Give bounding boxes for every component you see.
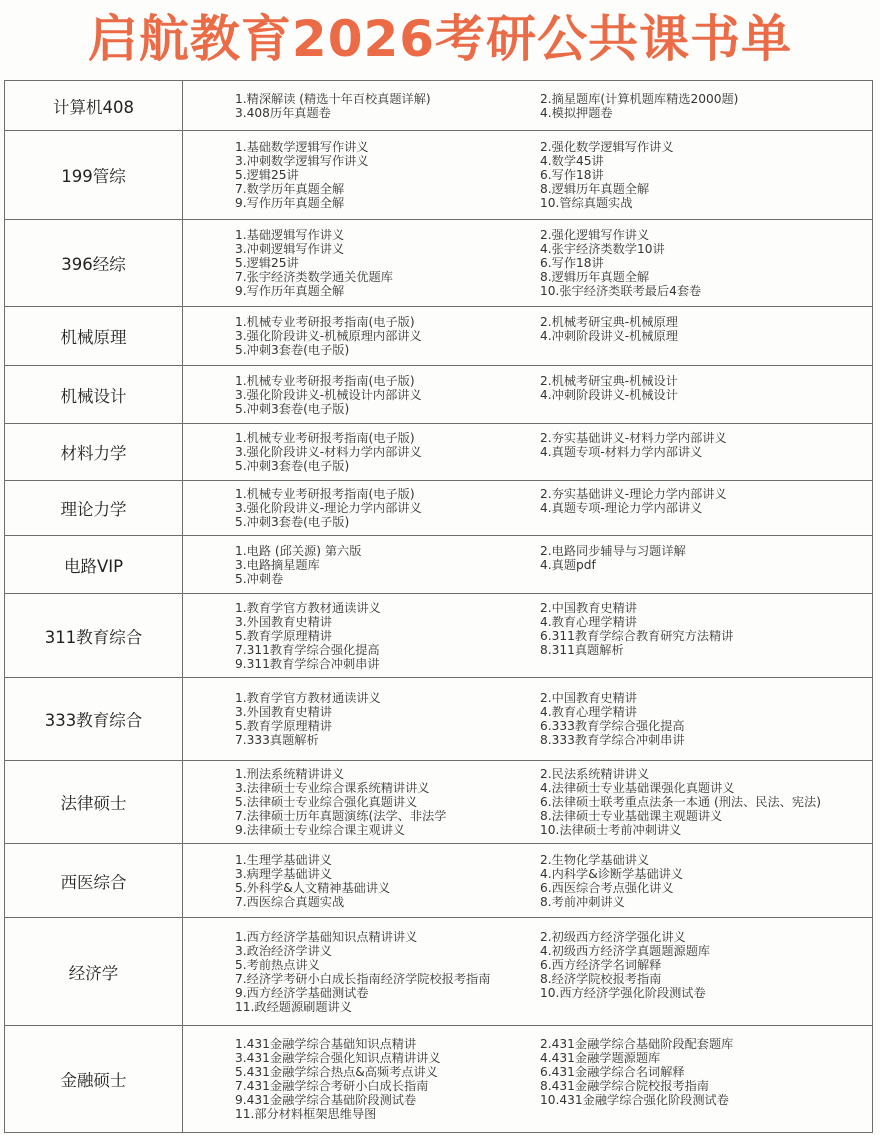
book-list-table: 计算机4081.精深解读 (精选十年百校真题详解)2.摘星题库(计算机题库精选2… [4, 80, 873, 1133]
book-item: 2.中国教育史精讲 [540, 601, 860, 615]
book-item: 9.西方经济学基础测试卷 [235, 986, 540, 1000]
book-item: 1.电路 (邱关源) 第六版 [235, 544, 540, 558]
book-item: 1.精深解读 (精选十年百校真题详解) [235, 92, 540, 106]
subject-cell: 金融硕士 [5, 1026, 183, 1133]
book-item: 1.基础数学逻辑写作讲义 [235, 140, 540, 154]
book-item: 4.冲刺阶段讲义-机械设计 [540, 388, 860, 402]
book-item: 4.教育心理学精讲 [540, 705, 860, 719]
book-item: 4.431金融学题源题库 [540, 1051, 860, 1065]
book-item: 4.初级西方经济学真题题源题库 [540, 944, 860, 958]
book-item: 6.法律硕士联考重点法条一本通 (刑法、民法、宪法) [540, 795, 860, 809]
book-item: 8.逻辑历年真题全解 [540, 270, 860, 284]
book-item: 5.教育学原理精讲 [235, 719, 540, 733]
table-row: 机械设计1.机械专业考研报考指南(电子版)2.机械考研宝典-机械设计3.强化阶段… [5, 366, 873, 424]
book-list: 1.机械专业考研报考指南(电子版)2.夯实基础讲义-材料力学内部讲义3.强化阶段… [183, 431, 872, 473]
book-item: 8.考前冲刺讲义 [540, 895, 860, 909]
books-cell: 1.刑法系统精讲讲义2.民法系统精讲讲义3.法律硕士专业综合课系统精讲讲义4.法… [183, 761, 873, 844]
book-item: 5.冲刺3套卷(电子版) [235, 402, 540, 416]
table-row: 199管综1.基础数学逻辑写作讲义2.强化数学逻辑写作讲义3.冲刺数学逻辑写作讲… [5, 131, 873, 220]
book-item: 5.冲刺3套卷(电子版) [235, 343, 540, 357]
books-cell: 1.生理学基础讲义2.生物化学基础讲义3.病理学基础讲义4.内科学&诊断学基础讲… [183, 844, 873, 918]
book-item: 5.431金融学综合热点&高频考点讲义 [235, 1065, 540, 1079]
book-item: 4.真题专项-理论力学内部讲义 [540, 501, 860, 515]
subject-cell: 计算机408 [5, 81, 183, 131]
book-item: 8.逻辑历年真题全解 [540, 182, 860, 196]
book-item: 6.写作18讲 [540, 168, 860, 182]
table-row: 经济学1.西方经济学基础知识点精讲讲义2.初级西方经济学强化讲义3.政治经济学讲… [5, 918, 873, 1026]
book-list: 1.生理学基础讲义2.生物化学基础讲义3.病理学基础讲义4.内科学&诊断学基础讲… [183, 853, 872, 909]
book-item: 3.强化阶段讲义-理论力学内部讲义 [235, 501, 540, 515]
subject-cell: 199管综 [5, 131, 183, 220]
book-item: 8.经济学院校报考指南 [540, 972, 860, 986]
book-item: 3.冲刺逻辑写作讲义 [235, 242, 540, 256]
book-item: 3.强化阶段讲义-机械设计内部讲义 [235, 388, 540, 402]
book-item: 1.基础逻辑写作讲义 [235, 228, 540, 242]
table-row: 396经综1.基础逻辑写作讲义2.强化逻辑写作讲义3.冲刺逻辑写作讲义4.张宇经… [5, 220, 873, 307]
book-item: 1.机械专业考研报考指南(电子版) [235, 431, 540, 445]
table-row: 计算机4081.精深解读 (精选十年百校真题详解)2.摘星题库(计算机题库精选2… [5, 81, 873, 131]
book-item: 2.电路同步辅导与习题详解 [540, 544, 860, 558]
book-item: 1.西方经济学基础知识点精讲讲义 [235, 930, 540, 944]
book-list: 1.机械专业考研报考指南(电子版)2.机械考研宝典-机械原理3.强化阶段讲义-机… [183, 315, 872, 357]
book-item: 7.西医综合真题实战 [235, 895, 540, 909]
book-item: 10.张宇经济类联考最后4套卷 [540, 284, 860, 298]
book-item: 1.机械专业考研报考指南(电子版) [235, 315, 540, 329]
book-item: 2.夯实基础讲义-理论力学内部讲义 [540, 487, 860, 501]
book-item: 11.部分材料框架思维导图 [235, 1107, 540, 1121]
subject-cell: 经济学 [5, 918, 183, 1026]
book-item: 3.外国教育史精讲 [235, 615, 540, 629]
book-list: 1.基础逻辑写作讲义2.强化逻辑写作讲义3.冲刺逻辑写作讲义4.张宇经济类数学1… [183, 228, 872, 298]
book-item: 8.311真题解析 [540, 643, 860, 657]
book-item: 1.机械专业考研报考指南(电子版) [235, 374, 540, 388]
book-list: 1.教育学官方教材通读讲义2.中国教育史精讲3.外国教育史精讲4.教育心理学精讲… [183, 601, 872, 671]
book-item: 9.法律硕士专业综合课主观讲义 [235, 823, 540, 837]
subject-cell: 机械原理 [5, 307, 183, 366]
subject-cell: 311教育综合 [5, 594, 183, 678]
book-item: 3.408历年真题卷 [235, 106, 540, 120]
book-item: 2.中国教育史精讲 [540, 691, 860, 705]
book-item: 4.法律硕士专业基础课强化真题讲义 [540, 781, 860, 795]
book-item: 3.强化阶段讲义-机械原理内部讲义 [235, 329, 540, 343]
books-cell: 1.431金融学综合基础知识点精讲2.431金融学综合基础阶段配套题库3.431… [183, 1026, 873, 1133]
books-cell: 1.电路 (邱关源) 第六版2.电路同步辅导与习题详解3.电路摘星题库4.真题p… [183, 536, 873, 594]
book-list: 1.机械专业考研报考指南(电子版)2.夯实基础讲义-理论力学内部讲义3.强化阶段… [183, 487, 872, 529]
book-list: 1.西方经济学基础知识点精讲讲义2.初级西方经济学强化讲义3.政治经济学讲义4.… [183, 930, 872, 1014]
book-item: 1.431金融学综合基础知识点精讲 [235, 1037, 540, 1051]
book-item: 1.刑法系统精讲讲义 [235, 767, 540, 781]
book-item: 6.西医综合考点强化讲义 [540, 881, 860, 895]
book-list: 1.机械专业考研报考指南(电子版)2.机械考研宝典-机械设计3.强化阶段讲义-机… [183, 374, 872, 416]
book-item: 1.教育学官方教材通读讲义 [235, 691, 540, 705]
book-item: 5.教育学原理精讲 [235, 629, 540, 643]
book-item: 11.政经题源刷题讲义 [235, 1000, 540, 1014]
book-item: 7.张宇经济类数学通关优题库 [235, 270, 540, 284]
book-item: 1.教育学官方教材通读讲义 [235, 601, 540, 615]
book-item: 5.外科学&人文精神基础讲义 [235, 881, 540, 895]
book-item: 2.强化逻辑写作讲义 [540, 228, 860, 242]
books-cell: 1.机械专业考研报考指南(电子版)2.机械考研宝典-机械设计3.强化阶段讲义-机… [183, 366, 873, 424]
subject-cell: 333教育综合 [5, 678, 183, 761]
table-row: 理论力学1.机械专业考研报考指南(电子版)2.夯实基础讲义-理论力学内部讲义3.… [5, 481, 873, 536]
book-item: 2.机械考研宝典-机械设计 [540, 374, 860, 388]
books-cell: 1.基础数学逻辑写作讲义2.强化数学逻辑写作讲义3.冲刺数学逻辑写作讲义4.数学… [183, 131, 873, 220]
book-item: 2.431金融学综合基础阶段配套题库 [540, 1037, 860, 1051]
page-title: 启航教育2026考研公共课书单 [0, 4, 880, 74]
book-item: 3.冲刺数学逻辑写作讲义 [235, 154, 540, 168]
table-row: 311教育综合1.教育学官方教材通读讲义2.中国教育史精讲3.外国教育史精讲4.… [5, 594, 873, 678]
book-list: 1.电路 (邱关源) 第六版2.电路同步辅导与习题详解3.电路摘星题库4.真题p… [183, 544, 872, 586]
books-cell: 1.机械专业考研报考指南(电子版)2.夯实基础讲义-理论力学内部讲义3.强化阶段… [183, 481, 873, 536]
book-item: 3.病理学基础讲义 [235, 867, 540, 881]
book-item: 6.431金融学综合名词解释 [540, 1065, 860, 1079]
book-item: 4.数学45讲 [540, 154, 860, 168]
book-item: 5.法律硕士专业综合强化真题讲义 [235, 795, 540, 809]
book-item: 10.西方经济学强化阶段测试卷 [540, 986, 860, 1000]
table-row: 333教育综合1.教育学官方教材通读讲义2.中国教育史精讲3.外国教育史精讲4.… [5, 678, 873, 761]
books-cell: 1.机械专业考研报考指南(电子版)2.夯实基础讲义-材料力学内部讲义3.强化阶段… [183, 424, 873, 481]
book-item: 7.数学历年真题全解 [235, 182, 540, 196]
book-item: 3.法律硕士专业综合课系统精讲讲义 [235, 781, 540, 795]
books-cell: 1.基础逻辑写作讲义2.强化逻辑写作讲义3.冲刺逻辑写作讲义4.张宇经济类数学1… [183, 220, 873, 307]
book-item: 5.冲刺3套卷(电子版) [235, 459, 540, 473]
book-item: 10.管综真题实战 [540, 196, 860, 210]
book-item: 7.法律硕士历年真题演练(法学、非法学 [235, 809, 540, 823]
book-list: 1.基础数学逻辑写作讲义2.强化数学逻辑写作讲义3.冲刺数学逻辑写作讲义4.数学… [183, 140, 872, 210]
book-item: 4.冲刺阶段讲义-机械原理 [540, 329, 860, 343]
book-item: 5.考前热点讲义 [235, 958, 540, 972]
book-item: 5.逻辑25讲 [235, 168, 540, 182]
book-item: 7.333真题解析 [235, 733, 540, 747]
book-item: 4.内科学&诊断学基础讲义 [540, 867, 860, 881]
book-item: 5.逻辑25讲 [235, 256, 540, 270]
book-item: 6.311教育学综合教育研究方法精讲 [540, 629, 860, 643]
books-cell: 1.教育学官方教材通读讲义2.中国教育史精讲3.外国教育史精讲4.教育心理学精讲… [183, 678, 873, 761]
book-item: 6.写作18讲 [540, 256, 860, 270]
subject-cell: 电路VIP [5, 536, 183, 594]
book-list: 1.精深解读 (精选十年百校真题详解)2.摘星题库(计算机题库精选2000题)3… [183, 92, 872, 120]
book-item: 8.法律硕士专业基础课主观题讲义 [540, 809, 860, 823]
book-item: 9.431金融学综合基础阶段测试卷 [235, 1093, 540, 1107]
book-item: 8.431金融学综合院校报考指南 [540, 1079, 860, 1093]
book-item: 3.强化阶段讲义-材料力学内部讲义 [235, 445, 540, 459]
subject-cell: 理论力学 [5, 481, 183, 536]
book-item: 7.经济学考研小白成长指南经济学院校报考指南 [235, 972, 540, 986]
book-item: 3.电路摘星题库 [235, 558, 540, 572]
book-item: 7.431金融学综合考研小白成长指南 [235, 1079, 540, 1093]
book-item: 10.法律硕士考前冲刺讲义 [540, 823, 860, 837]
book-item: 9.写作历年真题全解 [235, 284, 540, 298]
table-row: 材料力学1.机械专业考研报考指南(电子版)2.夯实基础讲义-材料力学内部讲义3.… [5, 424, 873, 481]
book-item: 2.生物化学基础讲义 [540, 853, 860, 867]
book-item: 3.431金融学综合强化知识点精讲讲义 [235, 1051, 540, 1065]
table-row: 西医综合1.生理学基础讲义2.生物化学基础讲义3.病理学基础讲义4.内科学&诊断… [5, 844, 873, 918]
table-row: 电路VIP1.电路 (邱关源) 第六版2.电路同步辅导与习题详解3.电路摘星题库… [5, 536, 873, 594]
books-cell: 1.西方经济学基础知识点精讲讲义2.初级西方经济学强化讲义3.政治经济学讲义4.… [183, 918, 873, 1026]
book-item: 2.初级西方经济学强化讲义 [540, 930, 860, 944]
book-item: 2.民法系统精讲讲义 [540, 767, 860, 781]
book-item: 10.431金融学综合强化阶段测试卷 [540, 1093, 860, 1107]
book-item: 8.333教育学综合冲刺串讲 [540, 733, 860, 747]
book-item: 9.311教育学综合冲刺串讲 [235, 657, 540, 671]
book-item: 2.摘星题库(计算机题库精选2000题) [540, 92, 860, 106]
subject-cell: 材料力学 [5, 424, 183, 481]
subject-cell: 法律硕士 [5, 761, 183, 844]
book-item: 4.模拟押题卷 [540, 106, 860, 120]
book-item: 1.机械专业考研报考指南(电子版) [235, 487, 540, 501]
book-item: 3.政治经济学讲义 [235, 944, 540, 958]
book-item: 7.311教育学综合强化提高 [235, 643, 540, 657]
book-item: 5.冲刺卷 [235, 572, 540, 586]
books-cell: 1.机械专业考研报考指南(电子版)2.机械考研宝典-机械原理3.强化阶段讲义-机… [183, 307, 873, 366]
book-item: 2.机械考研宝典-机械原理 [540, 315, 860, 329]
table-row: 机械原理1.机械专业考研报考指南(电子版)2.机械考研宝典-机械原理3.强化阶段… [5, 307, 873, 366]
book-item: 4.真题专项-材料力学内部讲义 [540, 445, 860, 459]
book-item: 4.教育心理学精讲 [540, 615, 860, 629]
book-item: 6.西方经济学名词解释 [540, 958, 860, 972]
book-item: 1.生理学基础讲义 [235, 853, 540, 867]
book-item: 2.强化数学逻辑写作讲义 [540, 140, 860, 154]
book-list: 1.教育学官方教材通读讲义2.中国教育史精讲3.外国教育史精讲4.教育心理学精讲… [183, 691, 872, 747]
table-row: 法律硕士1.刑法系统精讲讲义2.民法系统精讲讲义3.法律硕士专业综合课系统精讲讲… [5, 761, 873, 844]
books-cell: 1.教育学官方教材通读讲义2.中国教育史精讲3.外国教育史精讲4.教育心理学精讲… [183, 594, 873, 678]
book-item: 6.333教育学综合强化提高 [540, 719, 860, 733]
book-item: 3.外国教育史精讲 [235, 705, 540, 719]
subject-cell: 西医综合 [5, 844, 183, 918]
book-item: 4.真题pdf [540, 558, 860, 572]
book-item: 5.冲刺3套卷(电子版) [235, 515, 540, 529]
books-cell: 1.精深解读 (精选十年百校真题详解)2.摘星题库(计算机题库精选2000题)3… [183, 81, 873, 131]
book-item: 4.张宇经济类数学10讲 [540, 242, 860, 256]
book-list: 1.431金融学综合基础知识点精讲2.431金融学综合基础阶段配套题库3.431… [183, 1037, 872, 1121]
book-item: 2.夯实基础讲义-材料力学内部讲义 [540, 431, 860, 445]
subject-cell: 396经综 [5, 220, 183, 307]
book-item: 9.写作历年真题全解 [235, 196, 540, 210]
book-list: 1.刑法系统精讲讲义2.民法系统精讲讲义3.法律硕士专业综合课系统精讲讲义4.法… [183, 767, 872, 837]
subject-cell: 机械设计 [5, 366, 183, 424]
table-row: 金融硕士1.431金融学综合基础知识点精讲2.431金融学综合基础阶段配套题库3… [5, 1026, 873, 1133]
